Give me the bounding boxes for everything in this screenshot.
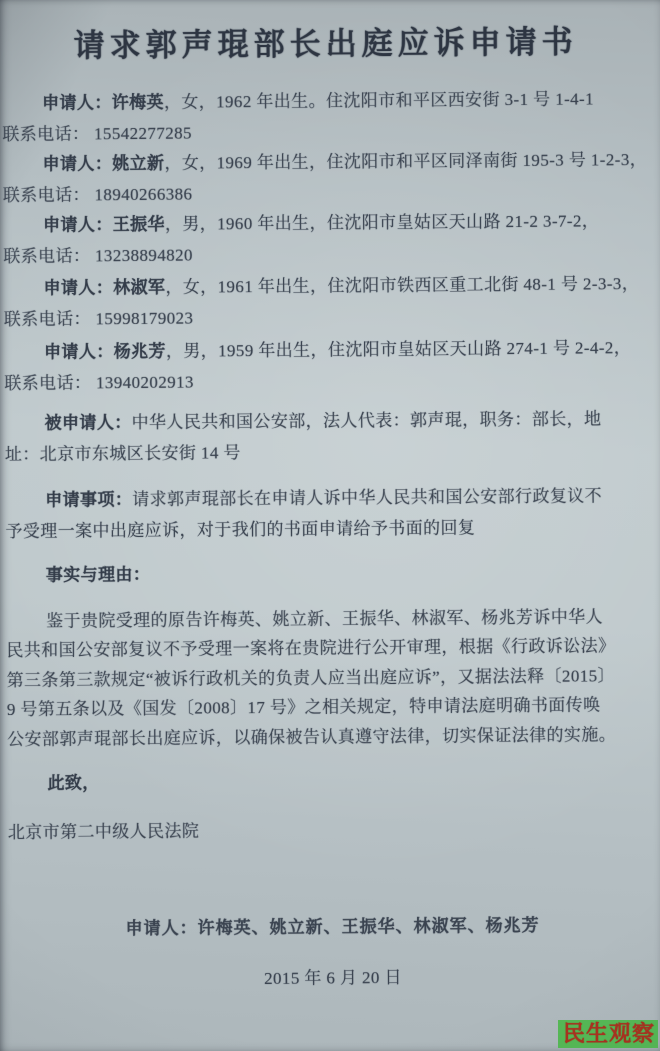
applicant-name: 王振华 — [113, 215, 165, 234]
phone-line: 联系电话： 15998179023 — [4, 299, 652, 335]
petition-label: 申请事项： — [45, 490, 132, 510]
applicant-block: 申请人：许梅英，女，1962 年出生。住沈阳市和平区西安街 3-1 号 1-4-… — [2, 84, 650, 150]
applicant-block: 申请人：林淑军，女，1961 年出生，住沈阳市铁西区重工北街 48-1 号 2-… — [3, 269, 651, 335]
closing-line: 此致， — [7, 764, 655, 800]
applicant-label: 申请人： — [44, 342, 114, 362]
document-title: 请求郭声琨部长出庭应诉申请书 — [1, 18, 649, 71]
facts-line: 民共和国公安部复议不予受理一案将在贵院进行公开审理，根据《行政诉讼法》 — [6, 631, 654, 666]
applicant-label: 申请人： — [43, 154, 113, 174]
watermark-text: 民生观察 — [563, 1021, 655, 1046]
respondent-details: 中华人民共和国公安部，法人代表：郭声琨，职务：部长，地 — [132, 409, 602, 432]
phone-line: 联系电话： 13940202913 — [4, 363, 652, 399]
applicant-label: 申请人： — [42, 93, 112, 113]
facts-heading: 事实与理由： — [6, 556, 654, 592]
court-name: 北京市第二中级人民法院 — [8, 812, 656, 848]
facts-line: 9 号第五条以及《国发〔2008〕17 号》之相关规定，特申请法庭明确书面传唤 — [7, 690, 655, 725]
applicant-name: 姚立新 — [112, 154, 164, 173]
facts-paragraph: 鉴于贵院受理的原告许梅英、姚立新、王振华、林淑军、杨兆芳诉中华人 民共和国公安部… — [6, 601, 655, 754]
petition-line1: 申请事项：请求郭声琨部长在申请人诉中华人民共和国公安部行政复议不 — [5, 481, 653, 517]
document-sheet: 请求郭声琨部长出庭应诉申请书 申请人：许梅英，女，1962 年出生。住沈阳市和平… — [0, 0, 660, 996]
respondent-line1: 被申请人：中华人民共和国公安部，法人代表：郭声琨，职务：部长，地 — [5, 404, 653, 440]
applicant-details: ，男，1959 年出生，住沈阳市皇姑区天山路 274-1 号 2-4-2， — [166, 338, 631, 361]
applicant-details: ，女，1961 年出生，住沈阳市铁西区重工北街 48-1 号 2-3-3， — [165, 274, 639, 297]
applicant-block: 申请人：王振华，男，1960 年出生，住沈阳市皇姑区天山路 21-2 3-7-2… — [3, 206, 651, 272]
applicant-details: ，女，1962 年出生。住沈阳市和平区西安街 3-1 号 1-4-1 — [164, 89, 594, 111]
phone-line: 联系电话： 13238894820 — [3, 236, 651, 272]
petition-details: 请求郭声琨部长在申请人诉中华人民共和国公安部行政复议不 — [132, 486, 602, 509]
petition-paragraph: 申请事项：请求郭声琨部长在申请人诉中华人民共和国公安部行政复议不 予受理一案中出… — [5, 481, 653, 547]
facts-line: 公安部郭声琨部长出庭应诉，以确保被告认真遵守法律，切实保证法律的实施。 — [7, 719, 655, 754]
applicant-name: 林淑军 — [113, 278, 165, 297]
applicant-info-line: 申请人：杨兆芳，男，1959 年出生，住沈阳市皇姑区天山路 274-1 号 2-… — [4, 333, 652, 369]
respondent-paragraph: 被申请人：中华人民共和国公安部，法人代表：郭声琨，职务：部长，地 址：北京市东城… — [5, 404, 653, 470]
applicant-info-line: 申请人：姚立新，女，1969 年出生，住沈阳市和平区同泽南街 195-3 号 1… — [2, 145, 650, 181]
applicant-details: ，女，1969 年出生，住沈阳市和平区同泽南街 195-3 号 1-2-3， — [164, 150, 647, 173]
watermark-badge: 民生观察 — [558, 1020, 658, 1048]
applicant-name: 许梅英 — [112, 93, 164, 112]
respondent-label: 被申请人： — [45, 413, 132, 433]
applicant-name: 杨兆芳 — [114, 342, 166, 361]
phone-line: 联系电话： 18940266386 — [3, 175, 651, 211]
applicant-info-line: 申请人：王振华，男，1960 年出生，住沈阳市皇姑区天山路 21-2 3-7-2… — [3, 206, 651, 242]
phone-line: 联系电话： 15542277285 — [2, 114, 650, 150]
applicant-block: 申请人：杨兆芳，男，1959 年出生，住沈阳市皇姑区天山路 274-1 号 2-… — [4, 333, 652, 399]
applicant-block: 申请人：姚立新，女，1969 年出生，住沈阳市和平区同泽南街 195-3 号 1… — [2, 145, 650, 211]
applicant-info-line: 申请人：林淑军，女，1961 年出生，住沈阳市铁西区重工北街 48-1 号 2-… — [3, 269, 651, 305]
applicant-details: ，男，1960 年出生，住沈阳市皇姑区天山路 21-2 3-7-2， — [165, 211, 599, 233]
signature-line: 申请人：许梅英、姚立新、王振华、林淑军、杨兆芳 — [8, 910, 656, 946]
petition-line2: 予受理一案中出庭应诉，对于我们的书面申请给予书面的回复 — [5, 511, 653, 547]
respondent-line2: 址：北京市东城区长安街 14 号 — [5, 434, 653, 470]
applicant-info-line: 申请人：许梅英，女，1962 年出生。住沈阳市和平区西安街 3-1 号 1-4-… — [2, 84, 650, 120]
photographed-legal-document: 请求郭声琨部长出庭应诉申请书 申请人：许梅英，女，1962 年出生。住沈阳市和平… — [0, 0, 660, 1051]
applicant-label: 申请人： — [43, 278, 113, 298]
applicant-label: 申请人： — [43, 215, 113, 235]
date-line: 2015 年 6 月 20 日 — [9, 960, 657, 996]
